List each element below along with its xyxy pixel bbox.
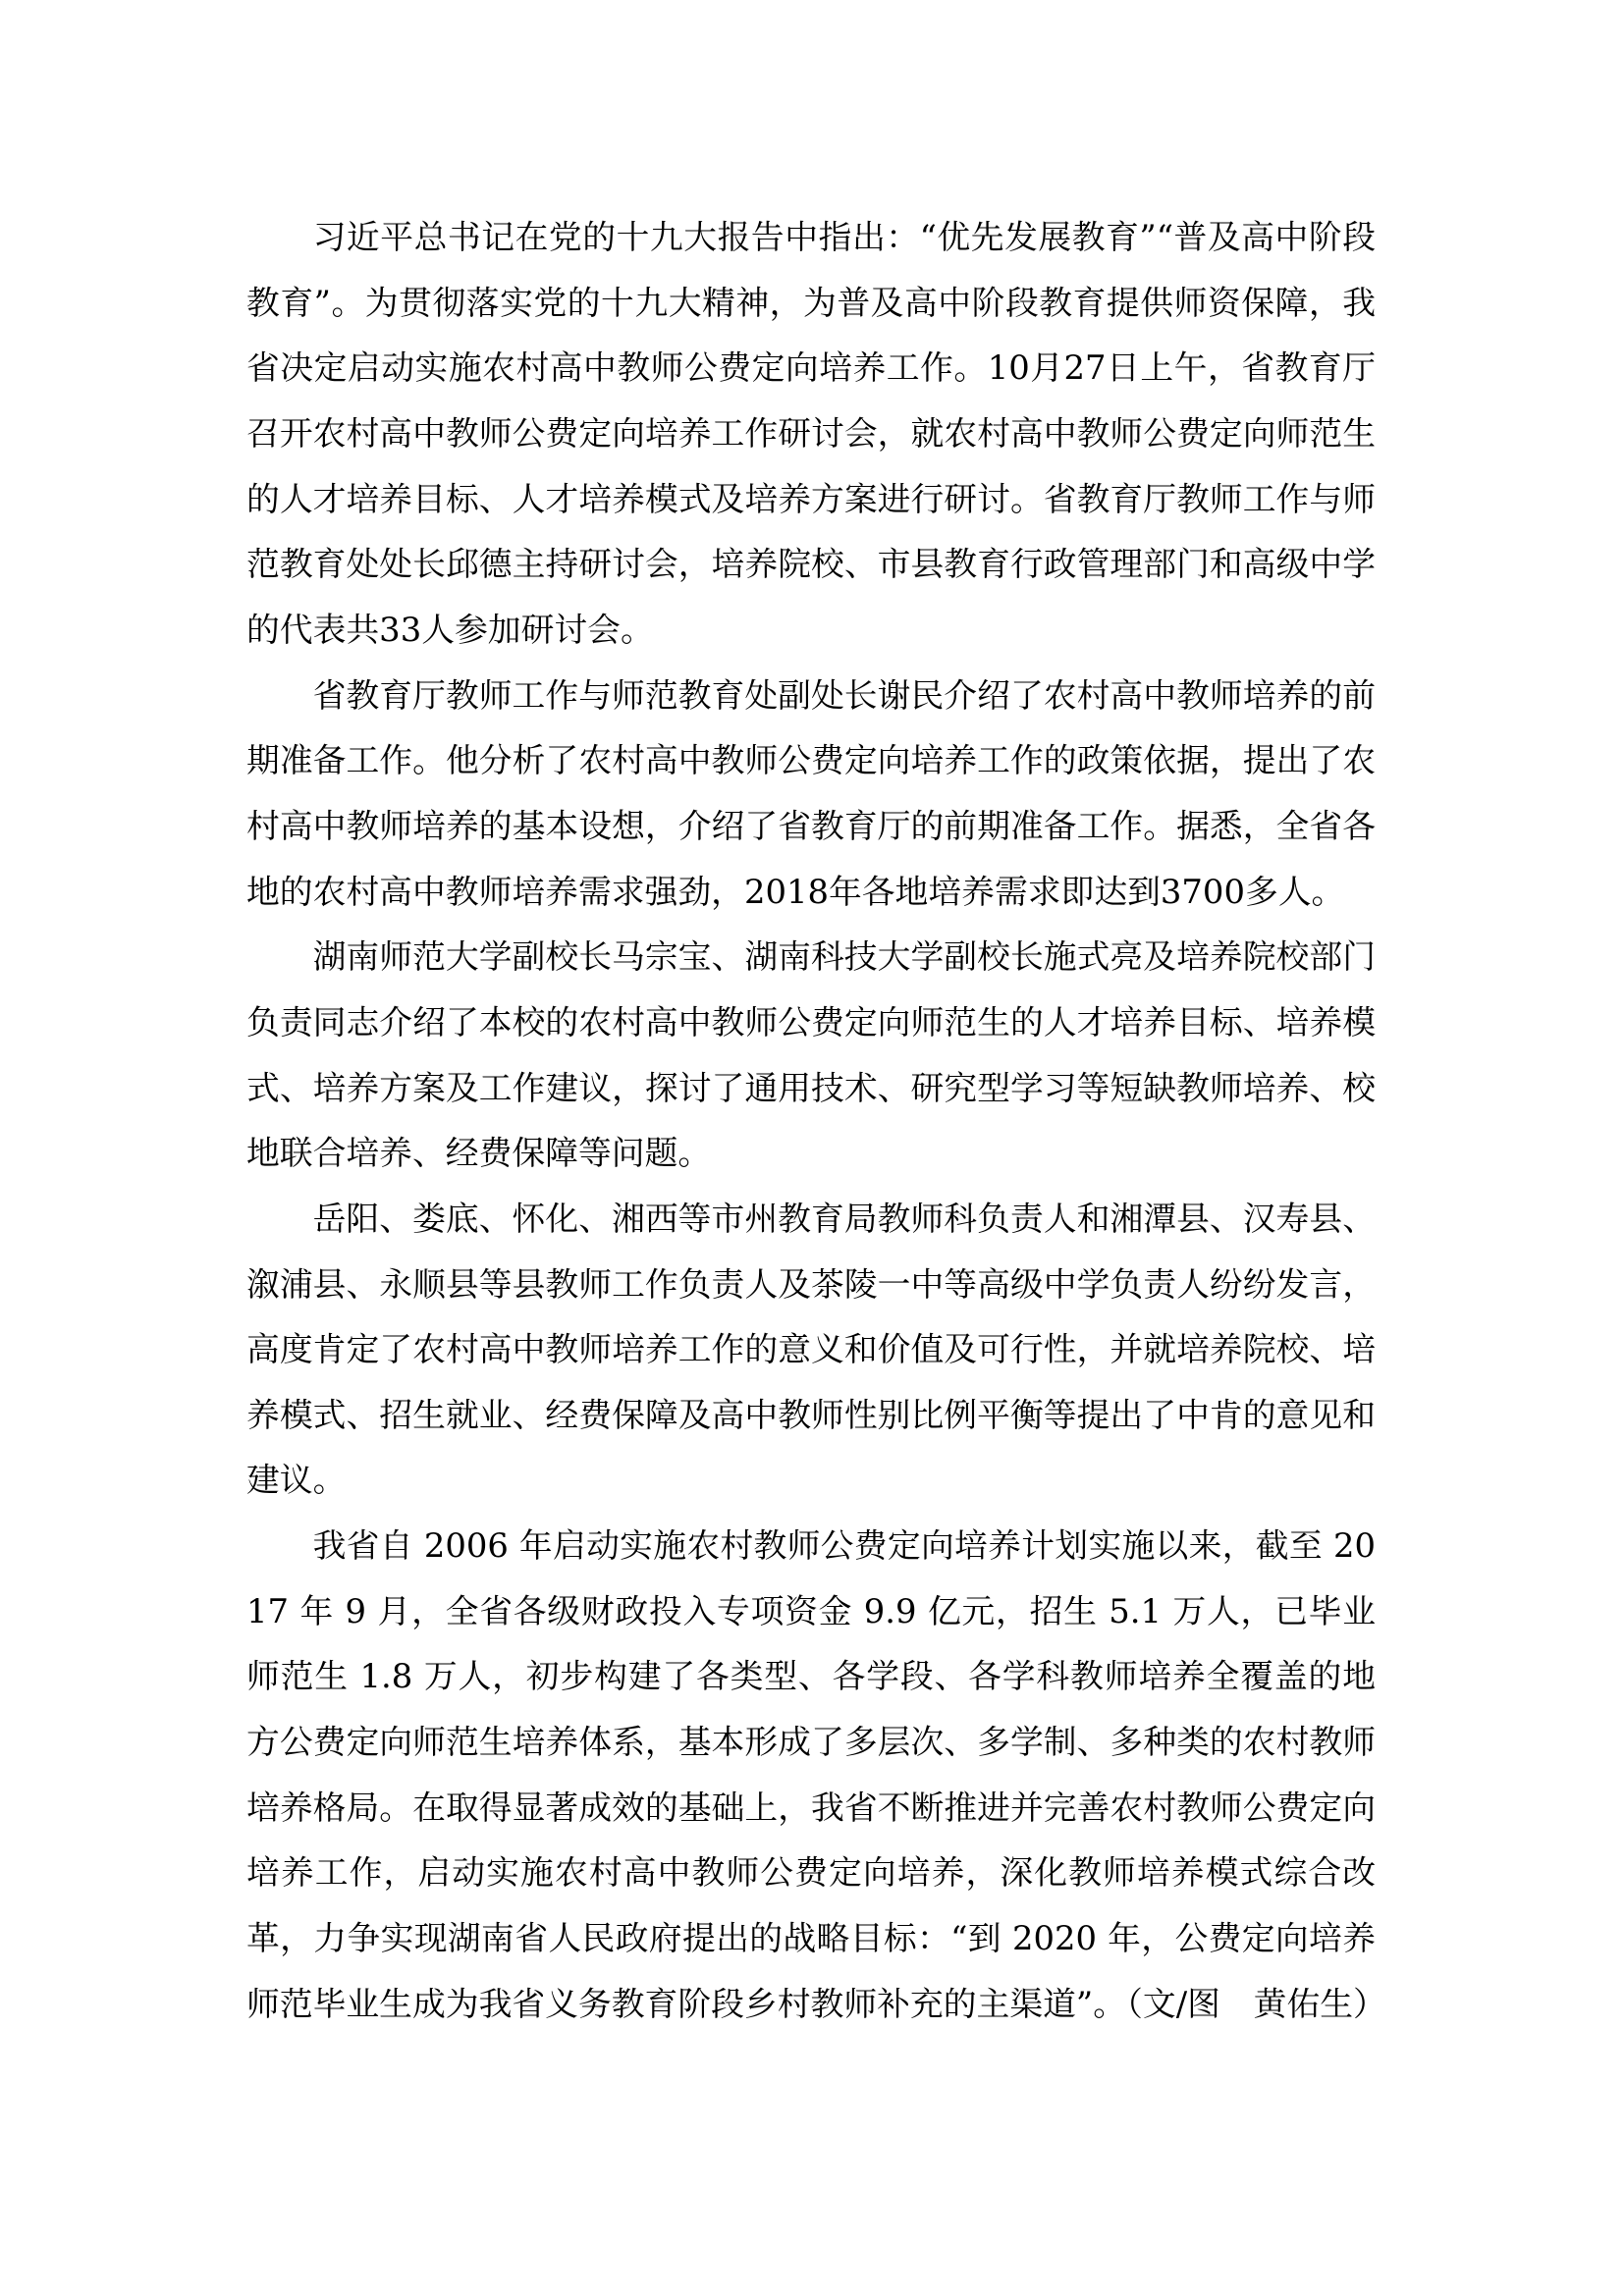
paragraph-local-feedback: 岳阳、娄底、怀化、湘西等市州教育局教师科负责人和湘潭县、汉寿县、溆浦县、永顺县等…: [246, 1187, 1376, 1514]
paragraph-preparation: 省教育厅教师工作与师范教育处副处长谢民介绍了农村高中教师培养的前期准备工作。他分…: [246, 664, 1376, 926]
paragraph-achievements: 我省自 2006 年启动实施农村教师公费定向培养计划实施以来，截至 2017 年…: [246, 1514, 1376, 2037]
document-page: 习近平总书记在党的十九大报告中指出：“优先发展教育”“普及高中阶段教育”。为贯彻…: [246, 205, 1376, 2037]
paragraph-universities: 湖南师范大学副校长马宗宝、湖南科技大学副校长施式亮及培养院校部门负责同志介绍了本…: [246, 925, 1376, 1187]
paragraph-intro: 习近平总书记在党的十九大报告中指出：“优先发展教育”“普及高中阶段教育”。为贯彻…: [246, 205, 1376, 664]
